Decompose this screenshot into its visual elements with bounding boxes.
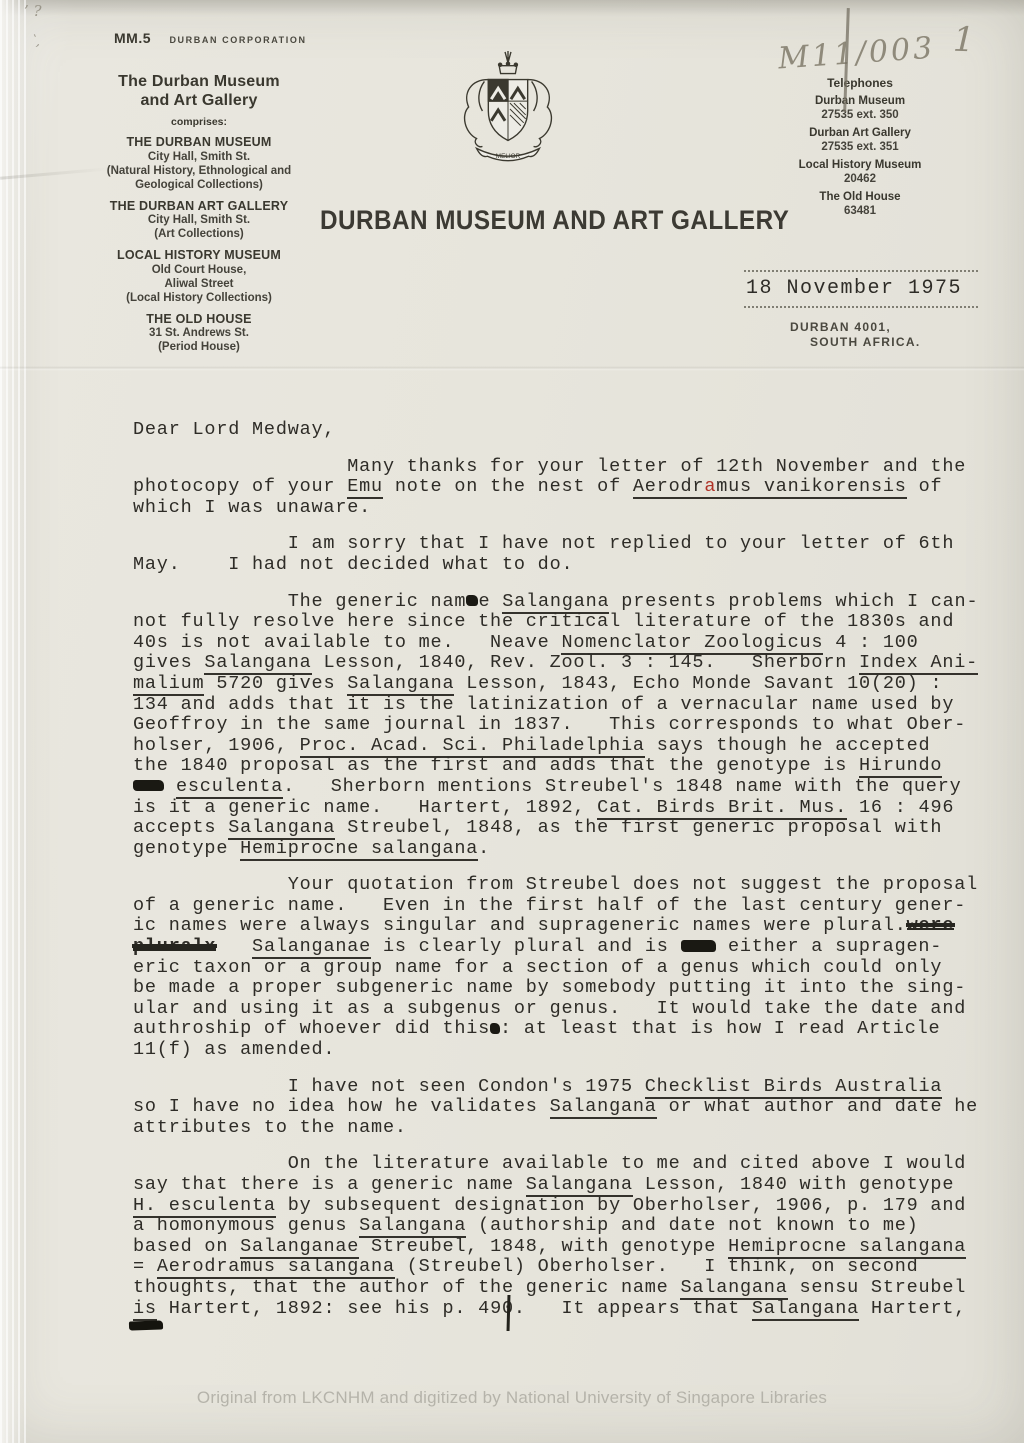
text-segment: On the literature available to me and ci… [133, 1153, 966, 1174]
text-segment: gives [133, 652, 204, 673]
text-segment: 16 : 496 [847, 797, 954, 818]
letter-line: malium 5720 gives Salangana Lesson, 1843… [133, 674, 1015, 695]
underlined-term: Salangana [359, 1215, 466, 1238]
letter-line: = Aerodramus salangana (Streubel) Oberho… [133, 1257, 1015, 1278]
text-segment: the 1840 proposal as the first and adds … [133, 755, 859, 776]
letter-line: Dear Lord Medway, [133, 420, 1015, 441]
text-segment: a homonymous genus [133, 1215, 359, 1236]
text-segment: is clearly plural and is [371, 936, 680, 957]
letter-line: pluralx Salanganae is clearly plural and… [133, 937, 1015, 958]
telephones-label: Telephones [762, 76, 958, 90]
underlined-term: Nomenclator Zoologicus [561, 632, 823, 655]
text-segment [216, 936, 252, 957]
date-block: 18 November 1975 [744, 270, 978, 308]
letter-line: which I was unaware. [133, 498, 1015, 519]
letterhead-left-column: The Durban Museum and Art Gallery compri… [88, 72, 310, 354]
text-segment: either a supragen- [716, 936, 942, 957]
letter-line: is Hartert, 1892: see his p. 490. It app… [133, 1299, 1015, 1320]
text-segment: based on [133, 1236, 240, 1257]
text-segment: : at least that is how I read Article [500, 1018, 940, 1039]
letter-line: esculenta. Sherborn mentions Streubel's … [133, 777, 1015, 798]
underlined-term: Aerodr [633, 476, 704, 499]
text-segment: 5720 gives [204, 673, 347, 694]
letter-line: On the literature available to me and ci… [133, 1154, 1015, 1175]
underlined-term: Emu [347, 476, 383, 499]
paragraph: I have not seen Condon's 1975 Checklist … [133, 1077, 1015, 1139]
handwritten-file-reference: M11/003 [777, 31, 936, 77]
branch-detail: City Hall, Smith St. [88, 213, 310, 227]
branch-detail: (Period House) [88, 340, 310, 354]
text-segment: is it a generic name. Hartert, 1892, [133, 797, 597, 818]
paragraph: On the literature available to me and ci… [133, 1154, 1015, 1319]
digitization-credit: Original from LKCNHM and digitized by Na… [0, 1388, 1024, 1408]
telephone-site: The Old House [762, 191, 958, 205]
text-segment: . [478, 838, 490, 859]
letter-line: holser, 1906, Proc. Acad. Sci. Philadelp… [133, 736, 1015, 757]
text-segment: ular and using it as a subgenus or genus… [133, 998, 966, 1019]
text-segment: I have not seen Condon's 1975 [133, 1076, 645, 1097]
fold-crease [0, 366, 1024, 371]
branch-name: THE DURBAN MUSEUM [88, 135, 310, 150]
address-line1: DURBAN 4001, [790, 320, 920, 335]
paragraph: Dear Lord Medway, [133, 420, 1015, 441]
telephone-list: Durban Museum27535 ext. 350Durban Art Ga… [762, 95, 958, 218]
paper-top-edge [0, 0, 1024, 16]
redaction-blob [490, 1023, 500, 1034]
letterhead-right-column: Telephones Durban Museum27535 ext. 350Du… [762, 76, 958, 218]
letter-line: gives Salangana Lesson, 1840, Rev. Zool.… [133, 653, 1015, 674]
text-segment: holser, 1906, [133, 735, 300, 756]
letter-line: a homonymous genus Salangana (authorship… [133, 1216, 1015, 1237]
museum-title-line2: and Art Gallery [88, 91, 310, 110]
scanned-letter-page: ’ ? `, MM.5 DURBAN CORPORATION The Durba… [0, 0, 1024, 1443]
letter-line: photocopy of your Emu note on the nest o… [133, 477, 1015, 498]
letter-line: 134 and adds that it is the latinization… [133, 695, 1015, 716]
text-segment: by subsequent designation by Oberholser,… [276, 1195, 966, 1216]
text-segment: be made a proper subgeneric name by some… [133, 977, 966, 998]
redaction-blob [466, 595, 478, 606]
text-segment: (Streubel) Oberholser. I think, on secon… [395, 1256, 919, 1277]
underlined-term: Cat. Birds Brit. Mus. [597, 797, 847, 820]
museum-branch-list: THE DURBAN MUSEUMCity Hall, Smith St.(Na… [88, 135, 310, 354]
coat-of-arms-icon: MELIOR [448, 50, 568, 170]
underlined-term: esculenta [176, 776, 283, 799]
museum-branch: LOCAL HISTORY MUSEUMOld Court House,Aliw… [88, 248, 310, 305]
text-segment: Your quotation from Streubel does not su… [133, 874, 978, 895]
telephone-entry: Durban Museum27535 ext. 350 [762, 95, 958, 122]
struck-out-text: pluralx [133, 936, 216, 957]
underlined-term: mus vanikorensis [716, 476, 906, 499]
scanner-edge-strip [0, 0, 26, 1443]
letter-line: ic names were always singular and suprag… [133, 916, 1015, 937]
text-segment: genotype [133, 838, 240, 859]
address-line2: SOUTH AFRICA. [790, 335, 920, 350]
handwritten-page-number: 1 [952, 20, 975, 61]
letter-line: accepts Salangana Streubel, 1848, as the… [133, 818, 1015, 839]
underlined-term: Checklist Birds Australia [645, 1076, 943, 1099]
telephone-number: 27535 ext. 350 [762, 109, 958, 123]
text-segment: thoughts, that the author of the generic… [133, 1277, 680, 1298]
paragraph: The generic name Salangana presents prob… [133, 592, 1015, 860]
branch-detail: (Natural History, Ethnological and [88, 164, 310, 178]
museum-branch: THE DURBAN MUSEUMCity Hall, Smith St.(Na… [88, 135, 310, 192]
form-reference-row: MM.5 DURBAN CORPORATION [114, 30, 307, 48]
redaction-blob [133, 780, 164, 791]
letter-line: H. esculenta by subsequent designation b… [133, 1196, 1015, 1217]
dotted-rule-bottom [744, 306, 978, 308]
text-segment: 4 : 100 [823, 632, 918, 653]
letter-line: based on Salanganae Streubel, 1848, with… [133, 1237, 1015, 1258]
redaction-blob [681, 940, 717, 951]
telephone-number: 63481 [762, 205, 958, 219]
underlined-term: Salanganae [240, 1236, 359, 1259]
crest-motto: MELIOR [496, 153, 521, 160]
telephone-site: Durban Art Gallery [762, 127, 958, 141]
organization-name: DURBAN MUSEUM AND ART GALLERY [320, 205, 734, 236]
paragraph: Many thanks for your letter of 12th Nove… [133, 457, 1015, 519]
text-segment: I am sorry that I have not replied to yo… [133, 533, 954, 554]
pencil-mark: ’ ? [24, 2, 42, 20]
underlined-term: Salangana [680, 1277, 787, 1300]
text-segment: Hartert, [859, 1298, 966, 1319]
underlined-term: Salangana [550, 1096, 657, 1119]
underlined-term: a [704, 476, 716, 499]
text-segment: eric taxon or a group name for a section… [133, 957, 942, 978]
branch-detail: (Art Collections) [88, 227, 310, 241]
text-segment [164, 776, 176, 797]
letter-line: the 1840 proposal as the first and adds … [133, 756, 1015, 777]
letter-line: eric taxon or a group name for a section… [133, 958, 1015, 979]
telephone-number: 20462 [762, 173, 958, 187]
letter-line: thoughts, that the author of the generic… [133, 1278, 1015, 1299]
underlined-term: Salangana [526, 1174, 633, 1197]
text-segment: The generic nam [133, 591, 466, 612]
museum-title-line1: The Durban Museum [88, 72, 310, 91]
letter-body: Dear Lord Medway, Many thanks for your l… [133, 420, 1015, 1319]
corporation-label: DURBAN CORPORATION [169, 35, 306, 45]
text-segment: e [478, 591, 502, 612]
branch-detail: 31 St. Andrews St. [88, 326, 310, 340]
museum-branch: THE DURBAN ART GALLERYCity Hall, Smith S… [88, 199, 310, 242]
telephone-site: Local History Museum [762, 159, 958, 173]
telephone-number: 27535 ext. 351 [762, 141, 958, 155]
pencil-mark: `, [29, 33, 43, 50]
text-segment: Streubel, 1848, as the first generic pro… [335, 817, 942, 838]
letter-line: The generic name Salangana presents prob… [133, 592, 1015, 613]
city-address: DURBAN 4001, SOUTH AFRICA. [790, 320, 920, 350]
text-segment: of [907, 476, 943, 497]
letter-line: genotype Hemiprocne salangana. [133, 839, 1015, 860]
branch-name: THE DURBAN ART GALLERY [88, 199, 310, 214]
text-segment: . It appears that [514, 1298, 752, 1319]
pen-marked-text: 0 [502, 1298, 514, 1319]
form-reference: MM.5 [114, 30, 151, 46]
underlined-term: Salangana [204, 652, 311, 675]
text-segment: accepts [133, 817, 228, 838]
underlined-term: Hemiprocne salangana [728, 1236, 966, 1259]
underlined-term: Index Ani- [859, 652, 978, 675]
underlined-term: H. esculenta [133, 1195, 276, 1218]
underlined-term: Salangana [347, 673, 454, 696]
text-segment: 11(f) as amended. [133, 1039, 335, 1060]
underlined-term: Hemiprocne salangana [240, 838, 478, 861]
text-segment: Hartert, 1892: see his p. 49 [157, 1298, 502, 1319]
branch-name: THE OLD HOUSE [88, 312, 310, 327]
paragraph: I am sorry that I have not replied to yo… [133, 534, 1015, 575]
letter-line: so I have no idea how he validates Salan… [133, 1097, 1015, 1118]
text-segment: so I have no idea how he validates [133, 1096, 550, 1117]
letter-line: authroship of whoever did this: at least… [133, 1019, 1015, 1040]
text-segment: says though he accepted [645, 735, 931, 756]
text-segment: . Sherborn mentions Streubel's 1848 name… [283, 776, 961, 797]
text-segment: Lesson, 1843, Echo Monde Savant 10(20) : [454, 673, 942, 694]
letter-line: say that there is a generic name Salanga… [133, 1175, 1015, 1196]
letter-line: Many thanks for your letter of 12th Nove… [133, 457, 1015, 478]
text-segment: ic names were always singular and suprag… [133, 915, 907, 936]
comprises-label: comprises: [88, 116, 310, 128]
underlined-term: Hirundo [859, 755, 942, 778]
letter-line: Geoffroy in the same journal in 1837. Th… [133, 715, 1015, 736]
museum-branch: THE OLD HOUSE31 St. Andrews St.(Period H… [88, 312, 310, 355]
struck-out-text: were [907, 915, 955, 936]
text-segment: (authorship and date not known to me) [466, 1215, 918, 1236]
branch-name: LOCAL HISTORY MUSEUM [88, 248, 310, 263]
branch-detail: Geological Collections) [88, 178, 310, 192]
underlined-term: Aerodramus salangana [157, 1256, 395, 1279]
text-segment: 134 and adds that it is the latinization… [133, 694, 954, 715]
text-segment: note on the nest of [383, 476, 633, 497]
telephone-entry: Local History Museum20462 [762, 159, 958, 186]
branch-detail: Old Court House, [88, 263, 310, 277]
text-segment: is [133, 1298, 157, 1321]
underlined-term: malium [133, 673, 204, 696]
branch-detail: Aliwal Street [88, 277, 310, 291]
letter-line: May. I had not decided what to do. [133, 555, 1015, 576]
museum-crest: MELIOR [448, 50, 568, 170]
text-segment: photocopy of your [133, 476, 347, 497]
letter-line: not fully resolve here since the critica… [133, 612, 1015, 633]
text-segment: not fully resolve here since the critica… [133, 611, 954, 632]
text-segment: or what author and date he [657, 1096, 978, 1117]
letter-line: attributes to the name. [133, 1118, 1015, 1139]
letter-line: 11(f) as amended. [133, 1040, 1015, 1061]
underlined-term: Salangana [502, 591, 609, 614]
text-segment: Lesson, 1840, Rev. Zool. 3 : 145. Sherbo… [312, 652, 859, 673]
underlined-term: Salangana [752, 1298, 859, 1321]
branch-detail: (Local History Collections) [88, 291, 310, 305]
underlined-term: Salanganae [252, 936, 371, 959]
letter-line: I have not seen Condon's 1975 Checklist … [133, 1077, 1015, 1098]
text-segment: attributes to the name. [133, 1117, 407, 1138]
text-segment: Many thanks for your letter of 12th Nove… [133, 456, 966, 477]
text-segment: sensu Streubel [788, 1277, 967, 1298]
telephone-entry: The Old House63481 [762, 191, 958, 218]
letter-line: is it a generic name. Hartert, 1892, Cat… [133, 798, 1015, 819]
text-segment: Dear Lord Medway, [133, 419, 335, 440]
text-segment: which I was unaware. [133, 497, 371, 518]
text-segment: May. I had not decided what to do. [133, 554, 573, 575]
telephone-entry: Durban Art Gallery27535 ext. 351 [762, 127, 958, 154]
text-segment: authroship of whoever did this [133, 1018, 490, 1039]
branch-detail: City Hall, Smith St. [88, 150, 310, 164]
text-segment: of a generic name. Even in the first hal… [133, 895, 966, 916]
paragraph: Your quotation from Streubel does not su… [133, 875, 1015, 1060]
text-segment: presents problems which I can- [609, 591, 978, 612]
letter-line: of a generic name. Even in the first hal… [133, 896, 1015, 917]
underlined-term: Salangana [228, 817, 335, 840]
text-segment: = [133, 1256, 157, 1277]
telephone-site: Durban Museum [762, 95, 958, 109]
letter-line: ular and using it as a subgenus or genus… [133, 999, 1015, 1020]
text-segment: Geoffroy in the same journal in 1837. Th… [133, 714, 966, 735]
letter-line: Your quotation from Streubel does not su… [133, 875, 1015, 896]
letter-line: 40s is not available to me. Neave Nomenc… [133, 633, 1015, 654]
text-segment: Streubel, 1848, with genotype [359, 1236, 728, 1257]
text-segment: 40s is not available to me. Neave [133, 632, 561, 653]
letter-date: 18 November 1975 [744, 272, 978, 306]
underlined-term: Proc. Acad. Sci. Philadelphia [300, 735, 645, 758]
text-segment: Lesson, 1840 with genotype [633, 1174, 954, 1195]
letter-line: be made a proper subgeneric name by some… [133, 978, 1015, 999]
text-segment: say that there is a generic name [133, 1174, 526, 1195]
letter-line: I am sorry that I have not replied to yo… [133, 534, 1015, 555]
